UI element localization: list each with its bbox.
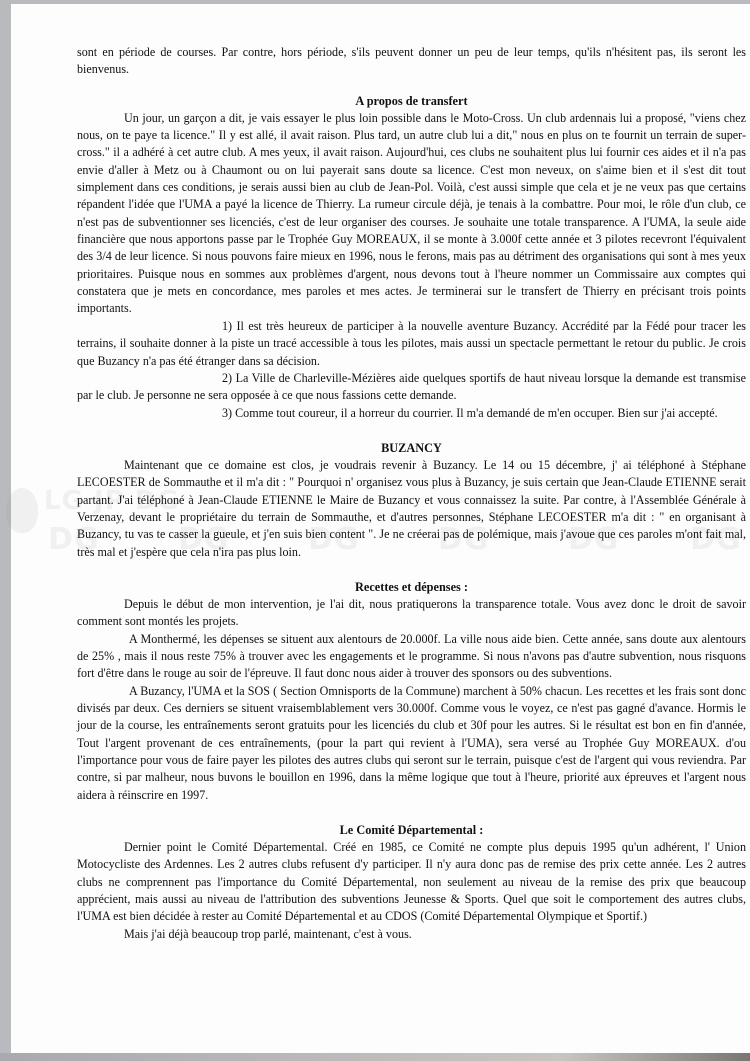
paragraph: A Monthermé, les dépenses se situent aux… xyxy=(77,631,746,683)
paragraph: A Buzancy, l'UMA et la SOS ( Section Omn… xyxy=(77,683,746,804)
heading-recettes-depenses: Recettes et dépenses : xyxy=(77,579,746,596)
document-body: sont en période de courses. Par contre, … xyxy=(77,44,746,943)
list-item: 2) La Ville de Charleville-Mézières aide… xyxy=(77,370,746,405)
paragraph: Maintenant que ce domaine est clos, je v… xyxy=(77,457,746,561)
intro-continuation: sont en période de courses. Par contre, … xyxy=(77,44,746,79)
heading-comite-departemental: Le Comité Départemental : xyxy=(77,822,746,839)
paragraph: Depuis le début de mon intervention, je … xyxy=(77,596,746,631)
paragraph: Mais j'ai déjà beaucoup trop parlé, main… xyxy=(77,926,746,943)
heading-transfert: A propos de transfert xyxy=(77,93,746,110)
paragraph: Dernier point le Comité Départemental. C… xyxy=(77,839,746,926)
list-item: 1) Il est très heureux de participer à l… xyxy=(77,318,746,370)
heading-buzancy: BUZANCY xyxy=(77,440,746,457)
paragraph: Un jour, un garçon a dit, je vais essaye… xyxy=(77,110,746,318)
list-item: 3) Comme tout coureur, il a horreur du c… xyxy=(77,405,746,422)
scan-edge xyxy=(0,1053,750,1061)
